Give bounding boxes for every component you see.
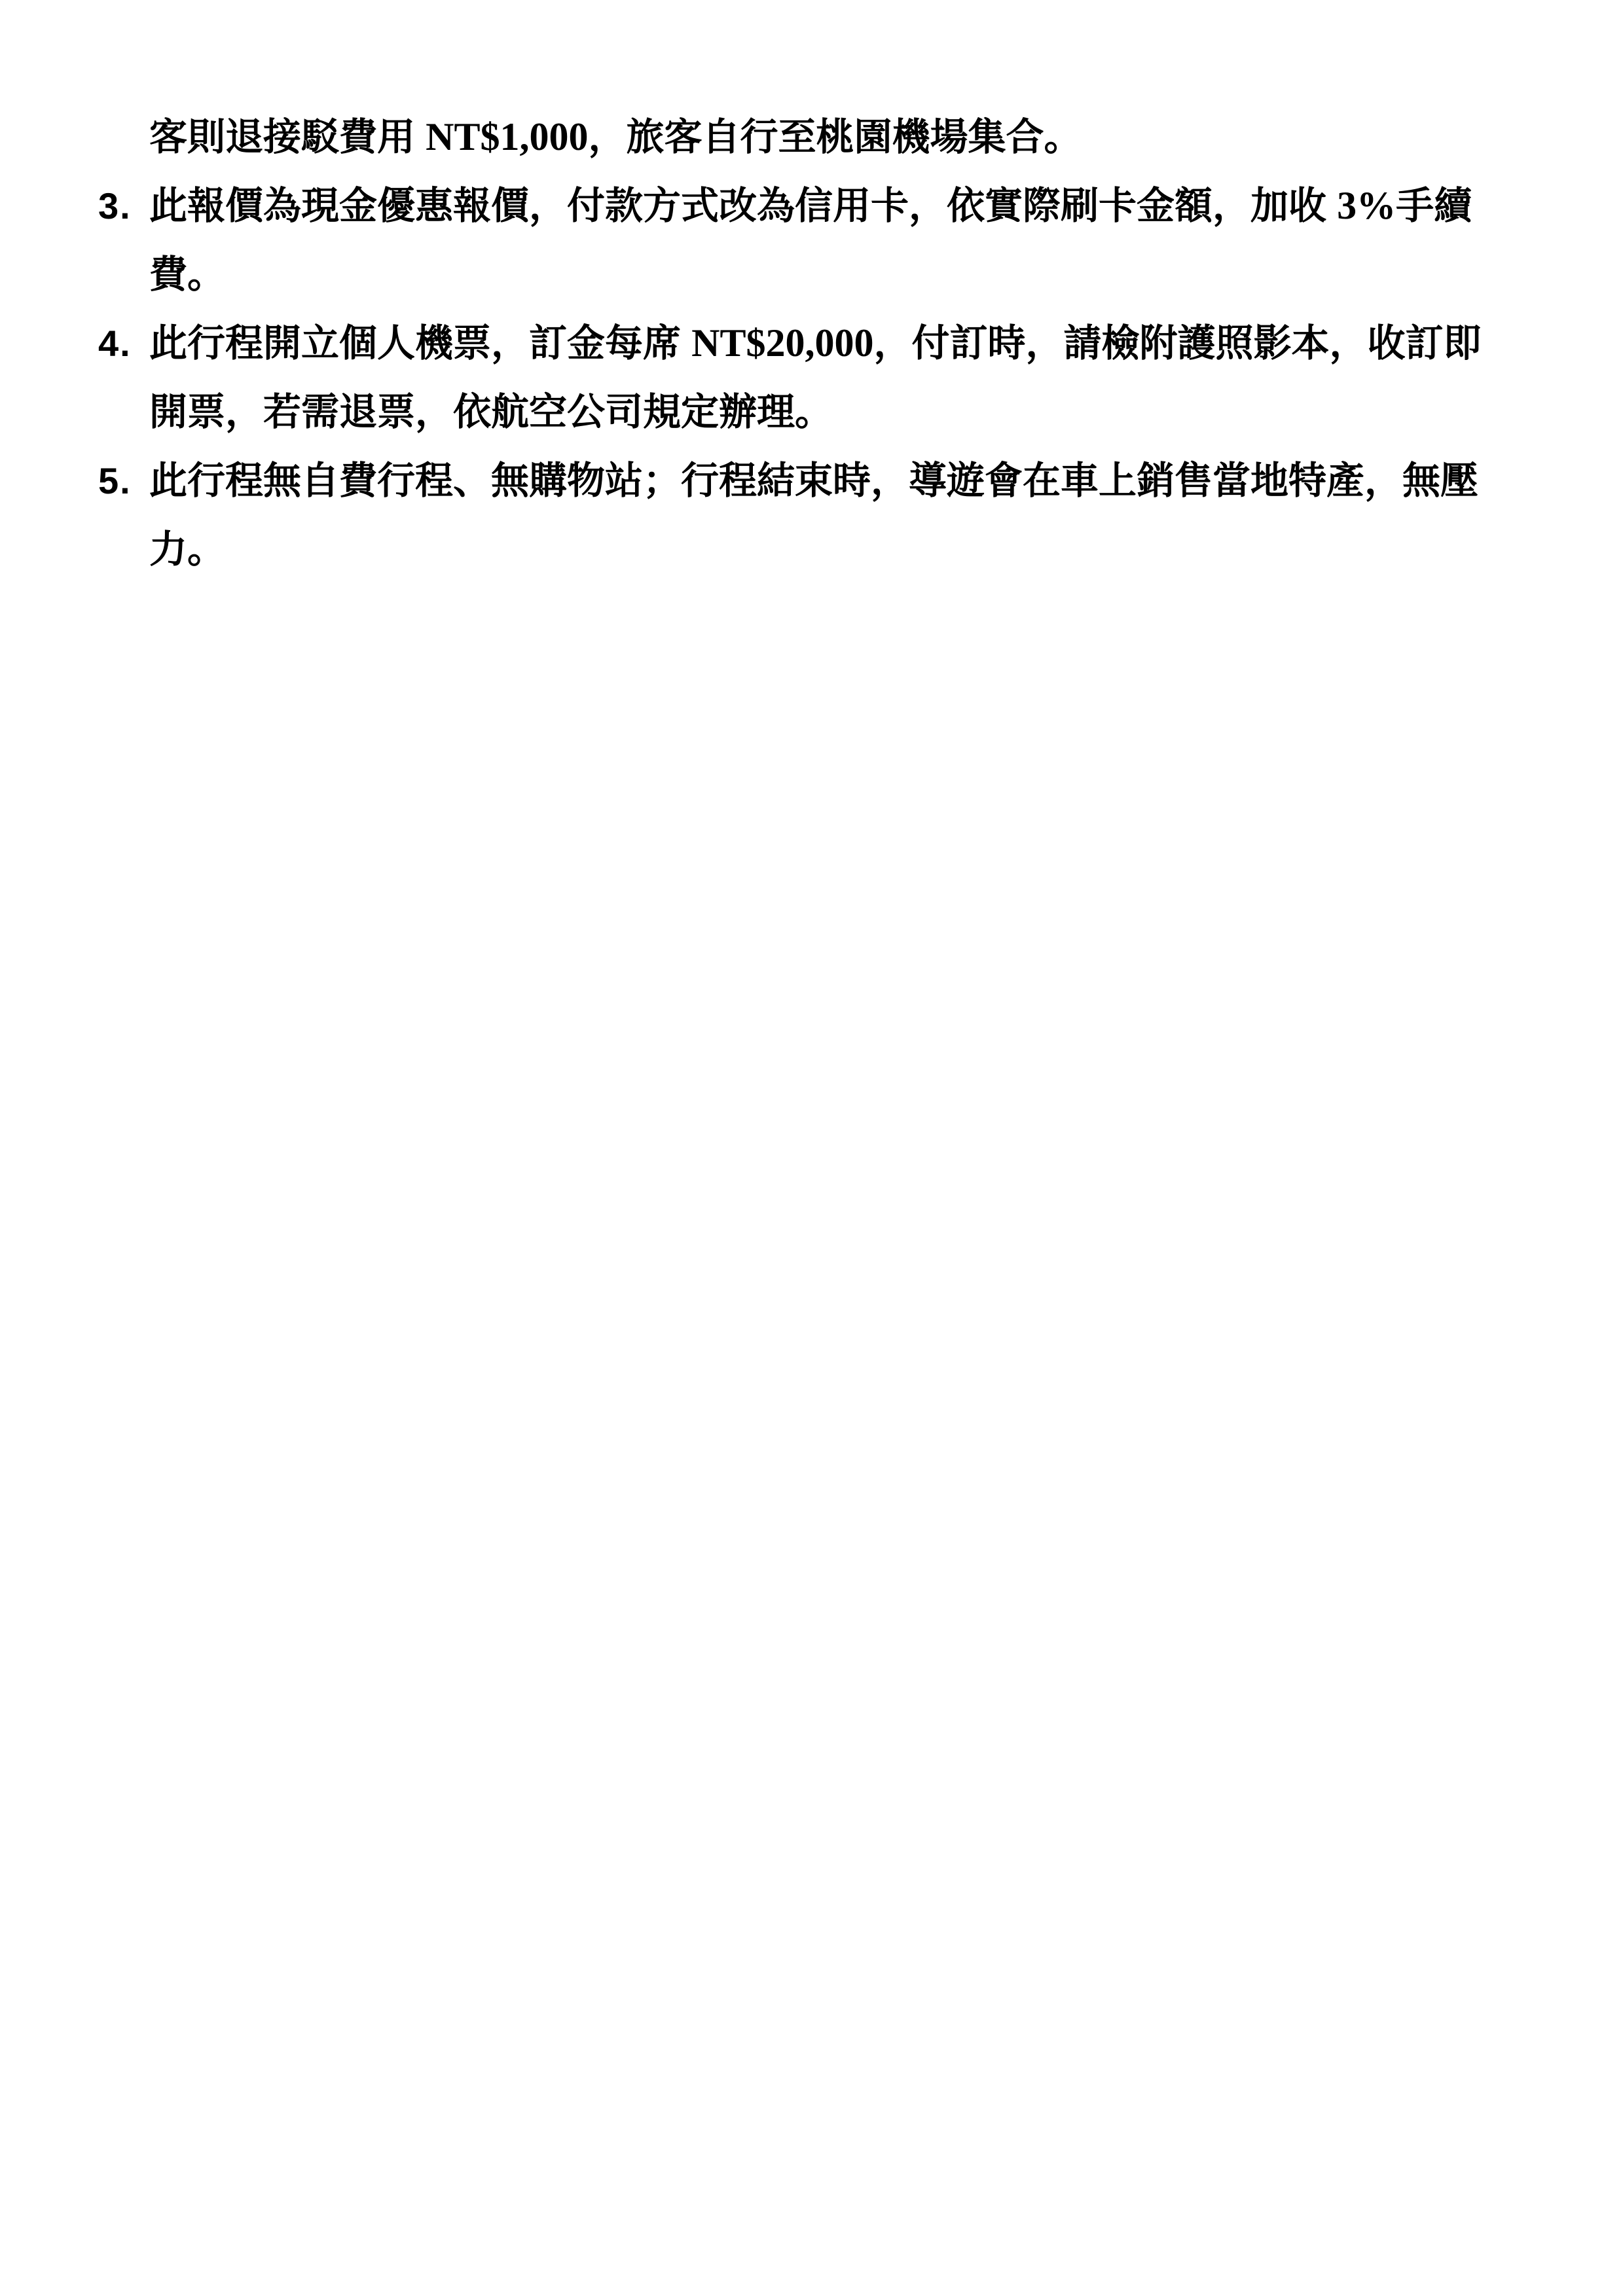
item-text: 客則退接駁費用 NT$1,000，旅客自行至桃園機場集合。: [149, 103, 1525, 171]
amount-text: NT$1,000: [426, 115, 588, 158]
list-item-5: 5. 此行程無自費行程、無購物站；行程結束時，導遊會在車上銷售當地特產，無壓 力…: [98, 446, 1525, 584]
text-segment: 此報價為現金優惠報價，付款方式改為信用卡，依實際刷卡金額，加收: [149, 185, 1337, 227]
text-segment: 此行程開立個人機票，訂金每席: [149, 322, 691, 365]
text-segment: 開票，若需退票，依航空公司規定辦理。: [149, 391, 833, 433]
text-line: 此行程開立個人機票，訂金每席 NT$20,000，付訂時，請檢附護照影本，收訂即: [149, 309, 1525, 378]
item-text: 此行程開立個人機票，訂金每席 NT$20,000，付訂時，請檢附護照影本，收訂即…: [149, 309, 1525, 446]
text-segment: 此行程無自費行程、無購物站；行程結束時，導遊會在車上銷售當地特產，無壓: [149, 459, 1478, 502]
text-segment: 費。: [149, 253, 225, 296]
list-item-4: 4. 此行程開立個人機票，訂金每席 NT$20,000，付訂時，請檢附護照影本，…: [98, 309, 1525, 446]
list-item-continuation: 客則退接駁費用 NT$1,000，旅客自行至桃園機場集合。: [98, 103, 1525, 171]
text-line: 開票，若需退票，依航空公司規定辦理。: [149, 378, 1525, 446]
percent-text: 3%: [1337, 184, 1396, 227]
item-number: 5.: [98, 446, 149, 515]
list-item-3: 3. 此報價為現金優惠報價，付款方式改為信用卡，依實際刷卡金額，加收 3%手續 …: [98, 171, 1525, 309]
text-segment: ，付訂時，請檢附護照影本，收訂即: [873, 322, 1481, 365]
text-segment: 手續: [1396, 185, 1472, 227]
item-text: 此報價為現金優惠報價，付款方式改為信用卡，依實際刷卡金額，加收 3%手續 費。: [149, 171, 1525, 309]
amount-text: NT$20,000: [691, 321, 873, 365]
terms-list: 客則退接駁費用 NT$1,000，旅客自行至桃園機場集合。 3. 此報價為現金優…: [98, 103, 1525, 584]
text-line: 費。: [149, 240, 1525, 309]
text-line: 此行程無自費行程、無購物站；行程結束時，導遊會在車上銷售當地特產，無壓: [149, 446, 1525, 515]
text-line: 力。: [149, 515, 1525, 584]
text-line: 客則退接駁費用 NT$1,000，旅客自行至桃園機場集合。: [149, 103, 1525, 171]
item-number: 3.: [98, 171, 149, 240]
text-segment: 力。: [149, 528, 225, 571]
text-segment: ，旅客自行至桃園機場集合。: [588, 116, 1082, 158]
text-line: 此報價為現金優惠報價，付款方式改為信用卡，依實際刷卡金額，加收 3%手續: [149, 171, 1525, 240]
text-segment: 客則退接駁費用: [149, 116, 426, 158]
document-page: 客則退接駁費用 NT$1,000，旅客自行至桃園機場集合。 3. 此報價為現金優…: [0, 0, 1623, 2296]
item-text: 此行程無自費行程、無購物站；行程結束時，導遊會在車上銷售當地特產，無壓 力。: [149, 446, 1525, 584]
item-number: 4.: [98, 309, 149, 378]
